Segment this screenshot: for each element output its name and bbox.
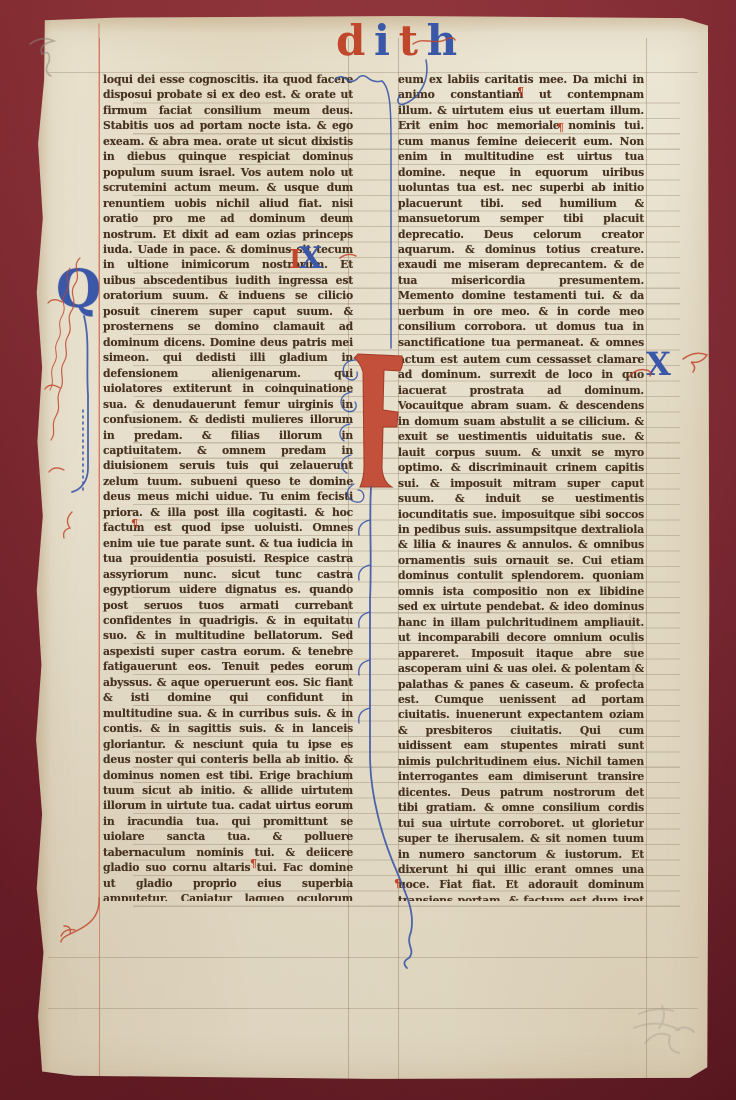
chapter-x-marginal-numeral: X xyxy=(646,348,671,380)
red-mat-background: d i t h loqui dei esse cognoscitis. ita … xyxy=(0,0,736,1100)
vertical-ruling-right xyxy=(646,38,647,1094)
running-title-letter-i: i xyxy=(374,20,387,62)
pilcrow-mark: ¶ xyxy=(517,86,524,97)
running-title-letter-h: h xyxy=(427,20,455,62)
chapter-ix-numeral-x: X xyxy=(299,244,322,274)
right-column-chapter9-end-text: eum ex labiis caritatis mee. Da michi in… xyxy=(398,72,644,349)
horizontal-ruling-bottom1 xyxy=(48,957,698,958)
pilcrow-mark: ¶ xyxy=(557,122,564,133)
left-column-chapter9-text: uibus abscedentibus iudith ingressa est … xyxy=(103,273,353,901)
vertical-ruling-left xyxy=(99,38,100,1094)
running-title-letter-d: d xyxy=(336,20,362,62)
pilcrow-mark: ¶ xyxy=(131,518,138,529)
horizontal-ruling-bottom2 xyxy=(48,1008,698,1009)
right-column-chapter10-text: actum est autem cum cessasset clamare ad… xyxy=(398,352,644,901)
pilcrow-mark: ¶ xyxy=(394,878,401,889)
chapter9-initial-q: Q xyxy=(56,264,101,316)
running-title: d i t h xyxy=(336,20,454,62)
pilcrow-mark: ¶ xyxy=(250,858,257,869)
running-title-letter-t: t xyxy=(399,20,415,62)
